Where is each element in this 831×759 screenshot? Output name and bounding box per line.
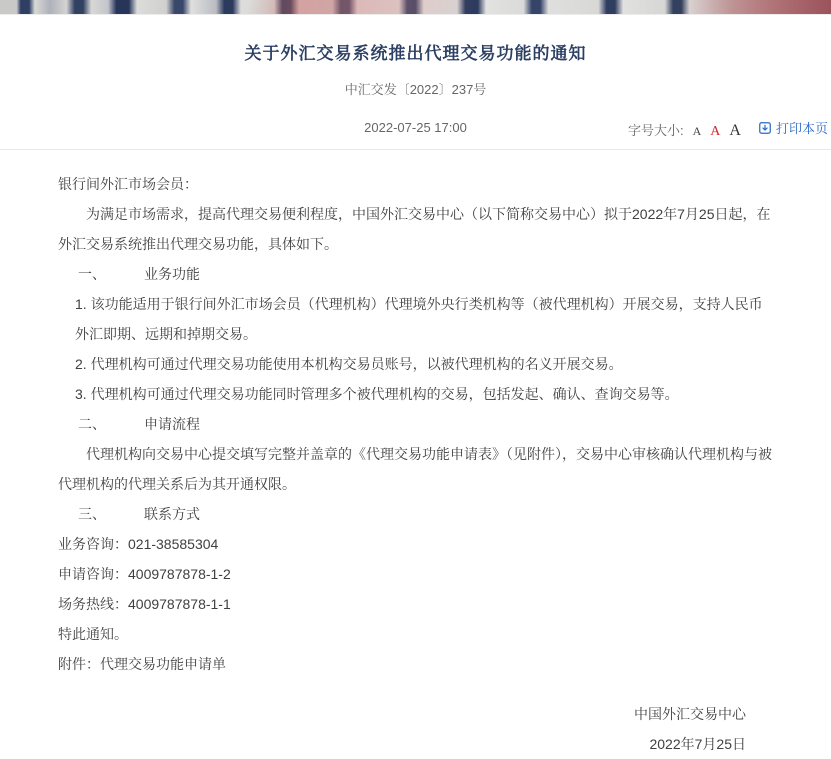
font-size-small-button[interactable]: A (693, 124, 702, 139)
section-1-item-1: 1. 该功能适用于银行间外汇市场会员（代理机构）代理境外央行类机构等（被代理机构… (58, 289, 773, 349)
contact-hotline-line: 场务热线：4009787878-1-1 (58, 589, 773, 619)
contact-application-line: 申请咨询：4009787878-1-2 (58, 559, 773, 589)
notice-article: 银行间外汇市场会员： 为满足市场需求，提高代理交易便利程度，中国外汇交易中心（以… (0, 150, 831, 759)
section-1-item-3: 3. 代理机构可通过代理交易功能同时管理多个被代理机构的交易，包括发起、确认、查… (58, 379, 773, 409)
closing-line: 特此通知。 (58, 619, 773, 649)
section-1-heading: 一、业务功能 (58, 259, 773, 289)
section-3-marker: 三、 (78, 499, 144, 529)
section-2-title: 申请流程 (144, 416, 200, 432)
font-size-large-button[interactable]: A (729, 122, 741, 140)
signature-block: 中国外汇交易中心 2022年7月25日 (58, 699, 773, 759)
section-3-title: 联系方式 (144, 506, 200, 522)
banner-photo (0, 0, 831, 15)
meta-row: 2022-07-25 17:00 字号大小: A A A 打印本页 (0, 116, 831, 150)
attachment-line: 附件：代理交易功能申请单 (58, 649, 773, 679)
section-2-heading: 二、申请流程 (58, 409, 773, 439)
print-page-button[interactable]: 打印本页 (758, 118, 828, 137)
signature-org: 中国外汇交易中心 (58, 699, 746, 729)
doc-number: 中汇交发〔2022〕237号 (0, 79, 831, 98)
print-page-label: 打印本页 (776, 118, 828, 137)
section-3-heading: 三、联系方式 (58, 499, 773, 529)
contact-business-line: 业务咨询：021-38585304 (58, 529, 773, 559)
meta-controls: 字号大小: A A A 打印本页 (628, 118, 828, 140)
section-1-title: 业务功能 (144, 266, 200, 282)
signature-date: 2022年7月25日 (58, 729, 746, 759)
section-1-marker: 一、 (78, 259, 144, 289)
font-size-label: 字号大小: (628, 120, 684, 139)
greeting-line: 银行间外汇市场会员： (58, 169, 773, 199)
section-2-paragraph: 代理机构向交易中心提交填写完整并盖章的《代理交易功能申请表》（见附件），交易中心… (58, 439, 773, 499)
page-title: 关于外汇交易系统推出代理交易功能的通知 (0, 39, 831, 64)
section-2-marker: 二、 (78, 409, 144, 439)
printer-icon (758, 121, 772, 135)
notice-page: 关于外汇交易系统推出代理交易功能的通知 中汇交发〔2022〕237号 2022-… (0, 0, 831, 759)
section-1-item-2: 2. 代理机构可通过代理交易功能使用本机构交易员账号，以被代理机构的名义开展交易… (58, 349, 773, 379)
font-size-medium-button[interactable]: A (710, 124, 720, 140)
intro-paragraph: 为满足市场需求，提高代理交易便利程度，中国外汇交易中心（以下简称交易中心）拟于2… (58, 199, 773, 259)
doc-header: 关于外汇交易系统推出代理交易功能的通知 中汇交发〔2022〕237号 2022-… (0, 39, 831, 150)
